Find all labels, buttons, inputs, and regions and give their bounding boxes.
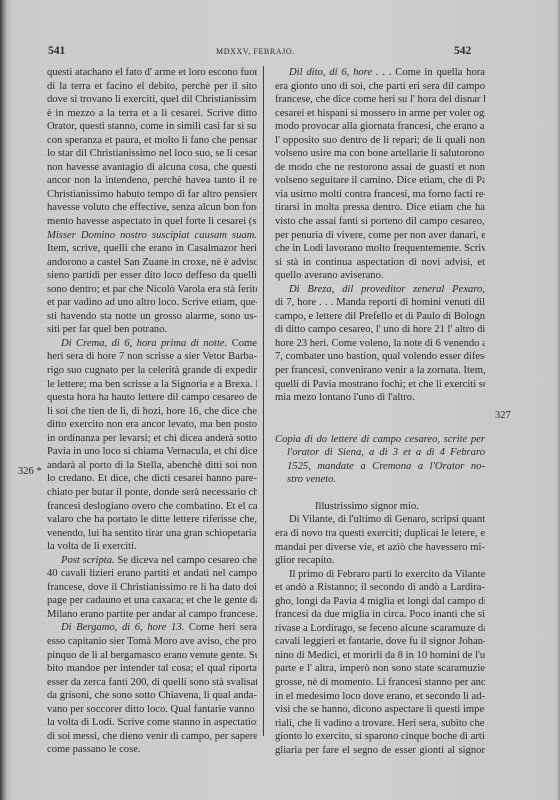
running-title: MDXXV, FEBRAJO. <box>216 47 295 56</box>
text-line: andorono a castel San Zuane in croxe, nè… <box>47 256 257 270</box>
text-line: et par vadino ad uno altro loco. Scrive … <box>47 296 257 310</box>
text-line: 7, combater uno bastion, qual volendo es… <box>275 350 485 364</box>
page-number-right: 542 <box>454 45 471 57</box>
section-heading-line: Di Bergamo, di 6, hore 13. Come heri ser… <box>47 621 257 635</box>
text-line: valaro che ha portato le ditte lettere r… <box>47 513 257 527</box>
left-column: questi atachano el fato d' arme et loro … <box>47 66 257 757</box>
text-line: nino di Medici, et morirli da 8 in 10 ho… <box>275 649 485 663</box>
text-line: via usirno molti contra francesi, ma for… <box>275 188 485 202</box>
text-line: venendo, lui ha sentito tirar una gran s… <box>47 527 257 541</box>
text-line: tirarsi in molta pressa dentro. Dice eti… <box>275 201 485 215</box>
text-line: ditto exercito non era ancor levato, ma … <box>47 418 257 432</box>
text-line: di 7, hore . . . Manda reporti di homini… <box>275 296 485 310</box>
text-line: heri sera di hore 7 non scrisse a sier V… <box>47 350 257 364</box>
text-line: con speranza et paura, et molto li fano … <box>47 134 257 148</box>
spacer <box>275 487 485 500</box>
text-line: mandai per diverse vie, et aziò che have… <box>275 541 485 555</box>
text-line: hore 23 heri. Come voleno, la note di 6 … <box>275 337 485 351</box>
section-heading-line: Di Crema, di 6, hora prima di notte. Com… <box>47 337 257 351</box>
text-line: per penuria di vivere, come per non aver… <box>275 229 485 243</box>
text-line: volseno usire ma con bone artellarie li … <box>275 147 485 161</box>
text-line: quelli di Pavia mostrano fochi; et che l… <box>275 378 485 392</box>
text-line: questa hora ha hauto lettere dil campo c… <box>47 391 257 405</box>
margin-number-right: 327 <box>495 410 511 421</box>
text-line: et andò a Ristanno; il secondo dì andò a… <box>275 581 485 595</box>
italic-heading: Post scripta. <box>61 555 117 566</box>
text-line: questi atachano el fato d' arme et loro … <box>47 66 257 80</box>
text-line: rigo suo cugnato per la celerità grande … <box>47 364 257 378</box>
text-line: di soi messi, che dieno venir di campo, … <box>47 730 257 744</box>
text-line: 40 cavali lizieri erano partiti et andat… <box>47 567 257 581</box>
text-line: per francesi, convenirano venir a la zor… <box>275 364 485 378</box>
text-line: bito mandoe per intender tal cosa; el qu… <box>47 662 257 676</box>
text-line: siti per far quel ben potrano. <box>47 323 257 337</box>
text-line: francese, dove il Christianissimo re li … <box>47 581 257 595</box>
section-heading-line: Dil dito, di 6, hore . . . Come in quell… <box>275 66 485 80</box>
text-line: havesse voluto che effective, senza alcu… <box>47 201 257 215</box>
text-line-italic: Misser Domino nostro suscipiat causam su… <box>47 229 257 243</box>
text-line: non havesse avantagio di alcuna cosa, ch… <box>47 161 257 175</box>
margin-number-left: 326 * <box>18 466 42 477</box>
text-line: de modo che ne restorono assai de guasti… <box>275 161 485 175</box>
text-line: li soi che tien de lì, di hozi, hore 16,… <box>47 405 257 419</box>
text-line: volseno seguitare il camino. Dice etiam,… <box>275 174 485 188</box>
text-line: mia mezo lontano l'uno di l'altro. <box>275 391 485 405</box>
heading-line: 1525, mandate a Cremona a l'Orator no- <box>275 460 485 474</box>
text-line: sono dentro; et par che Nicolò Varola er… <box>47 283 257 297</box>
text-line: andarà al porto di la Stella, abenchè di… <box>47 459 257 473</box>
letter-heading: Copia di do lettere di campo cesareo, sc… <box>275 433 485 487</box>
text-line: cavali leggieri et fantarie, dove fu il … <box>275 635 485 649</box>
text-line: gionto lo exercito, si sparono cinque bo… <box>275 730 485 744</box>
text-line: le lettere; ma ben scrisse a la Signoria… <box>47 378 257 392</box>
text-line: la volta de li exerciti. <box>47 540 257 554</box>
section-heading-line: Post scripta. Se diceva nel campo cesare… <box>47 554 257 568</box>
text-line: cesarei et hispani si mossero in arme pe… <box>275 107 485 121</box>
text-line: vano per soccorer ditto loco. Qual fanta… <box>47 703 257 717</box>
text-line: è in mezzo a la terra et a li cesarei. S… <box>47 107 257 121</box>
spacer <box>275 405 485 433</box>
page-header: 541 MDXXV, FEBRAJO. 542 <box>0 45 560 59</box>
text-line: in ordinanza per levarsi; et chi dicea a… <box>47 432 257 446</box>
page-number-left: 541 <box>48 45 65 57</box>
text-line: Pavia in uno loco si chiama Vernacula, e… <box>47 445 257 459</box>
text-line: visto che assai fanti si porteno dil cam… <box>275 215 485 229</box>
heading-line: Copia di do lettere di campo cesareo, sc… <box>275 433 485 447</box>
text-line: parte e l' altra, imperò non sono state … <box>275 662 485 676</box>
text-line: esser da zerca fanti 200, di quelli sono… <box>47 676 257 690</box>
text-line: mento havesse aspectato in quel forte li… <box>47 215 257 229</box>
scanned-book-page: 541 MDXXV, FEBRAJO. 542 326 * 327 questi… <box>0 0 560 800</box>
text-line: ancor non la intendeno, perchè havea tan… <box>47 174 257 188</box>
text-line: da grisoni, che sono sotto Chiavena, li … <box>47 689 257 703</box>
text-line: si stà in continua aspectation di novi a… <box>275 256 485 270</box>
text-line: gho, longi da Pavia 4 miglia et longi da… <box>275 595 485 609</box>
text-line: lo credano. Et dice, che dicti cesarei h… <box>47 472 257 486</box>
salutation: Illustrissimo signor mio. <box>275 500 485 514</box>
italic-heading: Di Bergamo, di 6, hore 13. <box>61 622 189 633</box>
text-line: l' opposito suo dentro de li repari; de … <box>275 134 485 148</box>
text-line: in el medesimo loco dove erano, et secon… <box>275 690 485 704</box>
text-line: quello averano aviserano. <box>275 269 485 283</box>
text-line: Il primo di Febraro partì lo exercito da… <box>275 568 485 582</box>
text-line: gliaria per fare el segno de esser giont… <box>275 744 485 758</box>
text-line: di la terra et facino el debito, perchè … <box>47 80 257 94</box>
text-line: Orator, questi stanno, come in simili ca… <box>47 120 257 134</box>
text-line: Christianissimo habuto tempo di far altr… <box>47 188 257 202</box>
italic-heading: Di Crema, di 6, hora prima di notte. <box>61 338 232 349</box>
text-line: sti havendo sta notte un grosso alarme, … <box>47 310 257 324</box>
text-line: la volta di Lodi. Scrive come stanno in … <box>47 716 257 730</box>
text-line: francese, che dice come heri su l' hora … <box>275 93 485 107</box>
text-line: rivase a Lordirago, se feceno alcune sca… <box>275 622 485 636</box>
text-line: riali, che li vadino a trovare. Heri ser… <box>275 717 485 731</box>
text-line: francesi deslogiano overo che combatino.… <box>47 500 257 514</box>
text-line: page per cadauno et una caxaca; et che l… <box>47 594 257 608</box>
page-edge <box>556 0 560 800</box>
text-line: francesi da due miglia in circa. Poco in… <box>275 608 485 622</box>
text-line: Item, scrive, quelli che erano in Casalm… <box>47 242 257 256</box>
text-line: di ditto campo cesareo, l' uno di hore 2… <box>275 323 485 337</box>
text-line: era gionto uno di soi, che partì eri ser… <box>275 80 485 94</box>
text-line: Di Vilante, di l'ultimo di Genaro, scrip… <box>275 513 485 527</box>
text-line: lo star dil Christianissimo nel loco suo… <box>47 147 257 161</box>
text-line: grosse, nè di momento. Li francesi stann… <box>275 676 485 690</box>
text-line: come passano le cose. <box>47 743 257 757</box>
section-heading-line: Di Breza, dil proveditor zeneral Pexaro, <box>275 283 485 297</box>
text-line: modo provocar alla giornata francesi, ch… <box>275 120 485 134</box>
text-line: Milano erano partite per andar al campo … <box>47 608 257 622</box>
text-line: esso capitanio sier Tomà Moro ave aviso,… <box>47 635 257 649</box>
text-line: sieno partidi per esser dito loco deffes… <box>47 269 257 283</box>
text-line: che in Lodi lavorano molto frequentement… <box>275 242 485 256</box>
column-divider <box>263 66 264 736</box>
heading-line: l'orator di Siena, a dì 3 et a dì 4 Febr… <box>275 446 485 460</box>
text-line: pinquo de lì al bergamasco erano venute … <box>47 649 257 663</box>
text-line: glior recapito. <box>275 554 485 568</box>
heading-line: stro veneto. <box>275 473 485 487</box>
text-line: dove si trovano li exerciti, quel dil Ch… <box>47 93 257 107</box>
text-line: visi che se hanno, dicono aspectare li q… <box>275 703 485 717</box>
text-line: era di novo tra questi exerciti; duplica… <box>275 527 485 541</box>
right-column: Dil dito, di 6, hore . . . Come in quell… <box>275 66 485 757</box>
text-line: campo, e lettere dil Prefello et di Paul… <box>275 310 485 324</box>
text-line: chiato per butar il ponte, donde serà ne… <box>47 486 257 500</box>
italic-heading: Dil dito, di 6, hore . <box>289 67 382 78</box>
